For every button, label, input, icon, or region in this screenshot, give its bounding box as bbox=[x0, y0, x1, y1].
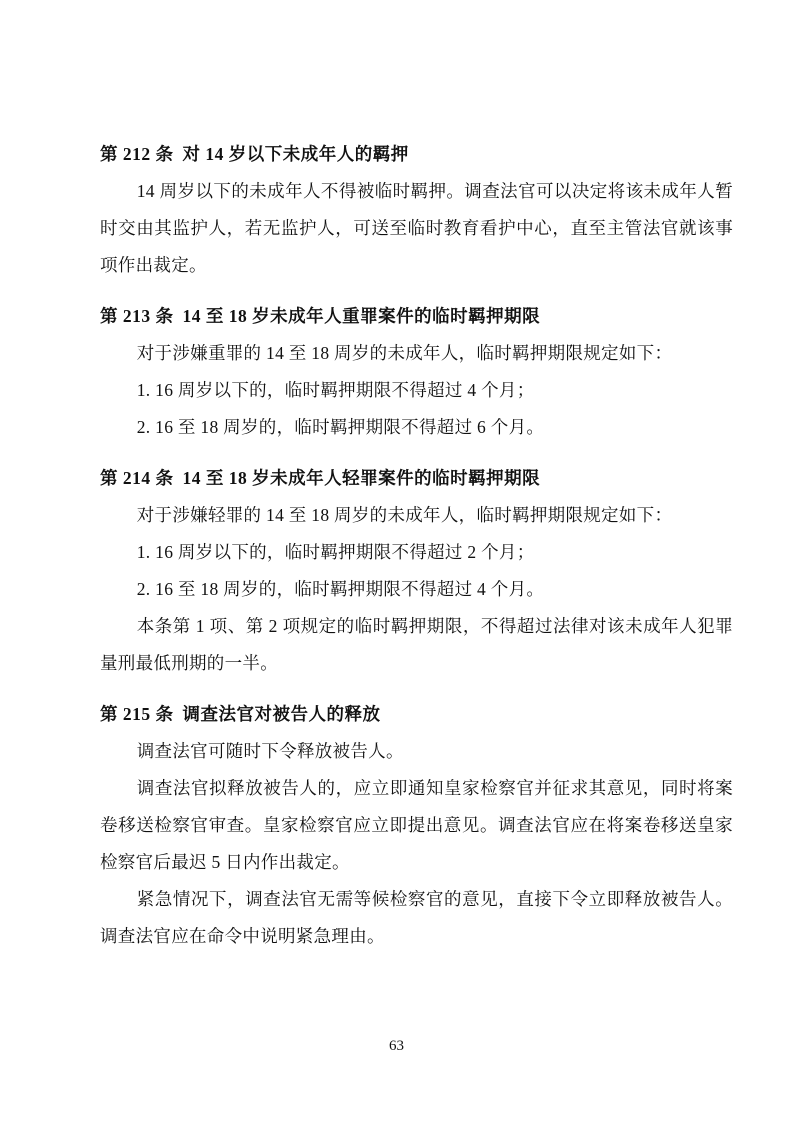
article-number: 第 213 条 bbox=[100, 306, 174, 326]
article-title: 14 至 18 岁未成年人重罪案件的临时羁押期限 bbox=[183, 306, 541, 326]
article-paragraph: 紧急情况下，调查法官无需等候检察官的意见，直接下令立即释放被告人。调查法官应在命… bbox=[100, 881, 733, 955]
article-heading: 第 215 条调查法官对被告人的释放 bbox=[100, 696, 733, 733]
article-list-item: 1. 16 周岁以下的，临时羁押期限不得超过 4 个月； bbox=[100, 372, 733, 409]
article-heading: 第 213 条14 至 18 岁未成年人重罪案件的临时羁押期限 bbox=[100, 298, 733, 335]
article-list-item: 2. 16 至 18 周岁的，临时羁押期限不得超过 4 个月。 bbox=[100, 571, 733, 608]
article-paragraph: 14 周岁以下的未成年人不得被临时羁押。调查法官可以决定将该未成年人暂时交由其监… bbox=[100, 173, 733, 284]
article-number: 第 215 条 bbox=[100, 704, 174, 724]
article-number: 第 212 条 bbox=[100, 144, 174, 164]
article-paragraph: 对于涉嫌重罪的 14 至 18 周岁的未成年人，临时羁押期限规定如下： bbox=[100, 335, 733, 372]
article-heading: 第 214 条14 至 18 岁未成年人轻罪案件的临时羁押期限 bbox=[100, 460, 733, 497]
document-body: 第 212 条对 14 岁以下未成年人的羁押 14 周岁以下的未成年人不得被临时… bbox=[100, 136, 733, 955]
article-paragraph: 调查法官可随时下令释放被告人。 bbox=[100, 733, 733, 770]
article-paragraph: 本条第 1 项、第 2 项规定的临时羁押期限，不得超过法律对该未成年人犯罪量刑最… bbox=[100, 608, 733, 682]
article-list-item: 1. 16 周岁以下的，临时羁押期限不得超过 2 个月； bbox=[100, 534, 733, 571]
article-212: 第 212 条对 14 岁以下未成年人的羁押 14 周岁以下的未成年人不得被临时… bbox=[100, 136, 733, 284]
article-paragraph: 调查法官拟释放被告人的，应立即通知皇家检察官并征求其意见，同时将案卷移送检察官审… bbox=[100, 770, 733, 881]
page-number: 63 bbox=[0, 1036, 793, 1056]
article-213: 第 213 条14 至 18 岁未成年人重罪案件的临时羁押期限 对于涉嫌重罪的 … bbox=[100, 298, 733, 446]
article-paragraph: 对于涉嫌轻罪的 14 至 18 周岁的未成年人，临时羁押期限规定如下： bbox=[100, 497, 733, 534]
article-title: 14 至 18 岁未成年人轻罪案件的临时羁押期限 bbox=[183, 468, 541, 488]
article-body: 调查法官可随时下令释放被告人。 调查法官拟释放被告人的，应立即通知皇家检察官并征… bbox=[100, 733, 733, 955]
article-body: 14 周岁以下的未成年人不得被临时羁押。调查法官可以决定将该未成年人暂时交由其监… bbox=[100, 173, 733, 284]
article-214: 第 214 条14 至 18 岁未成年人轻罪案件的临时羁押期限 对于涉嫌轻罪的 … bbox=[100, 460, 733, 682]
article-215: 第 215 条调查法官对被告人的释放 调查法官可随时下令释放被告人。 调查法官拟… bbox=[100, 696, 733, 955]
article-number: 第 214 条 bbox=[100, 468, 174, 488]
article-heading: 第 212 条对 14 岁以下未成年人的羁押 bbox=[100, 136, 733, 173]
article-title: 对 14 岁以下未成年人的羁押 bbox=[183, 144, 409, 164]
article-body: 对于涉嫌重罪的 14 至 18 周岁的未成年人，临时羁押期限规定如下： 1. 1… bbox=[100, 335, 733, 446]
document-page: 第 212 条对 14 岁以下未成年人的羁押 14 周岁以下的未成年人不得被临时… bbox=[0, 0, 793, 1122]
article-body: 对于涉嫌轻罪的 14 至 18 周岁的未成年人，临时羁押期限规定如下： 1. 1… bbox=[100, 497, 733, 682]
article-title: 调查法官对被告人的释放 bbox=[183, 704, 381, 724]
article-list-item: 2. 16 至 18 周岁的，临时羁押期限不得超过 6 个月。 bbox=[100, 409, 733, 446]
